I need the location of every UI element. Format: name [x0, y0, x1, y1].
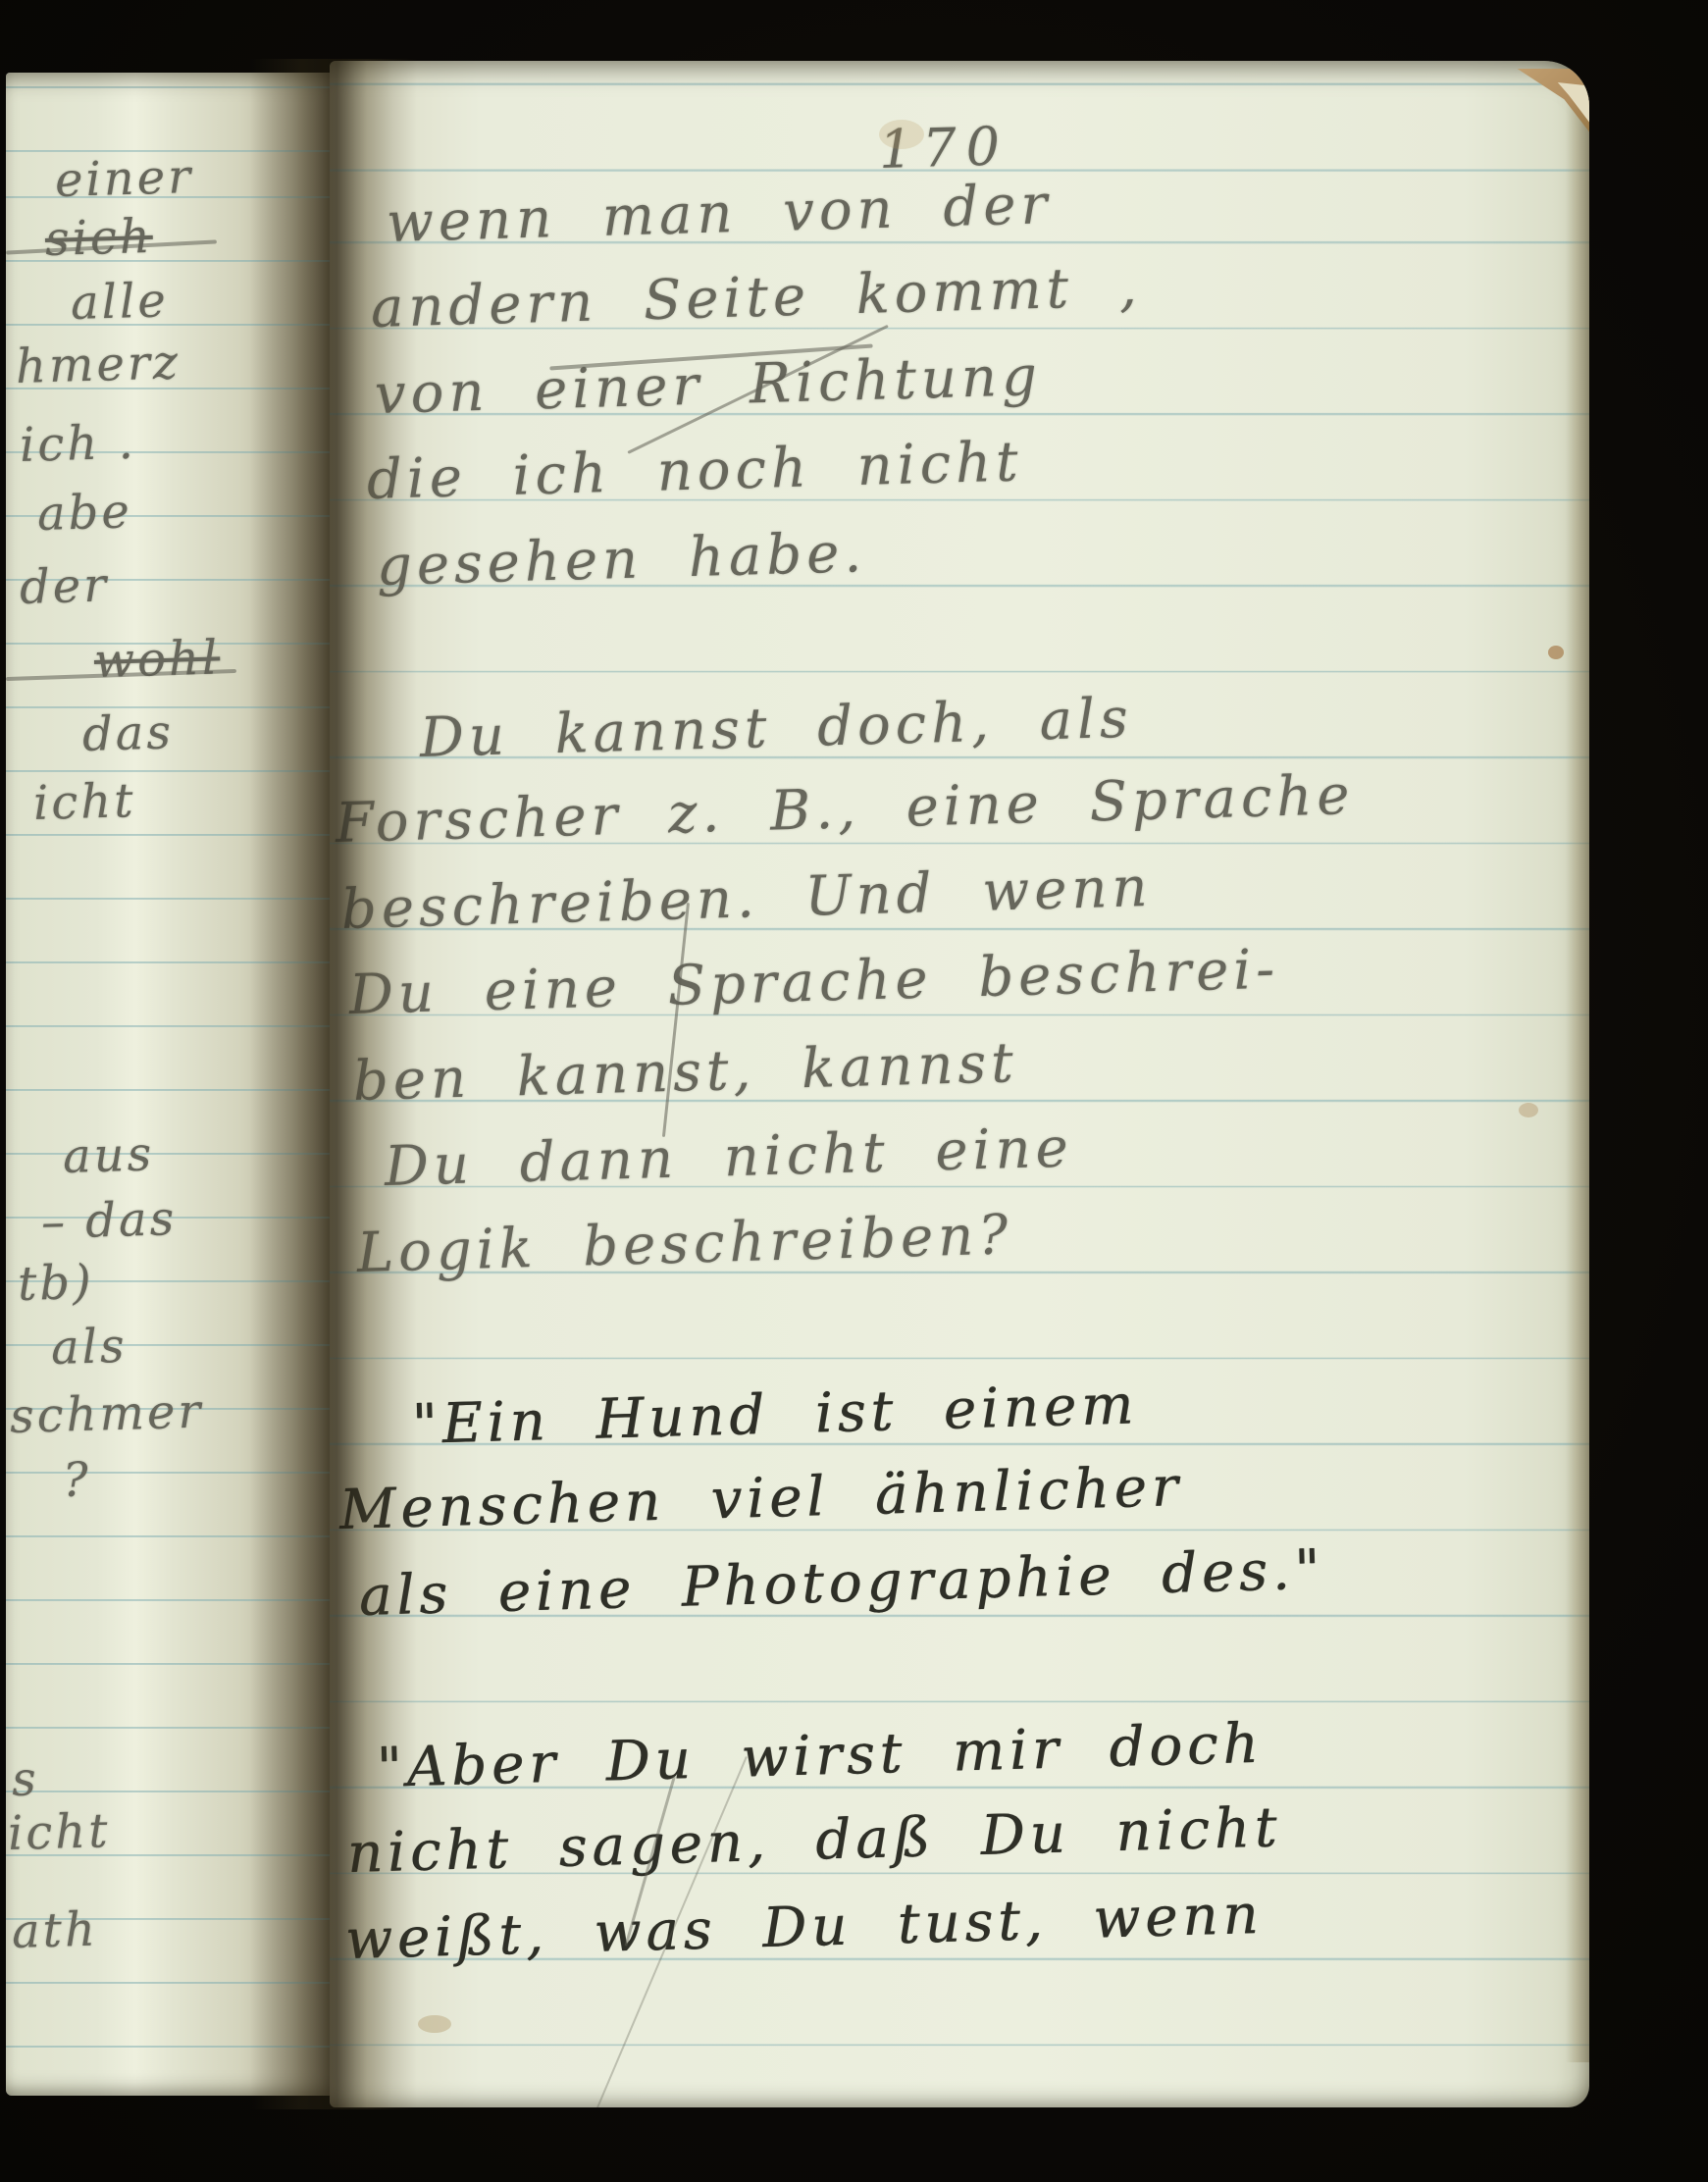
- left-page-fragment: das: [81, 708, 174, 758]
- handwriting-line: Logik beschreiben?: [356, 1208, 1013, 1281]
- left-page-fragment: – das: [40, 1195, 178, 1246]
- notebook-scan: einer sich alle hmerz ich . abe der wohl…: [0, 0, 1708, 2182]
- handwriting-line: "Ein Hund ist einem: [411, 1377, 1139, 1453]
- left-page-fragment: der: [19, 561, 109, 611]
- left-page-fragment: s: [11, 1755, 39, 1803]
- paper-stain: [1519, 1103, 1538, 1117]
- left-page: einer sich alle hmerz ich . abe der wohl…: [6, 73, 330, 2096]
- handwriting-line: Du kannst doch, als: [419, 692, 1133, 766]
- handwriting-line: beschreiben. Und wenn: [340, 860, 1153, 938]
- left-page-fragment: ?: [62, 1456, 91, 1504]
- handwriting-line: nicht sagen, daß Du nicht: [346, 1800, 1282, 1882]
- left-page-fragment: schmer: [9, 1388, 204, 1440]
- handwriting-line: weißt, was Du tust, wenn: [344, 1888, 1264, 1968]
- handwriting-line: "Aber Du wirst mir doch: [376, 1717, 1264, 1796]
- handwriting-line: Du eine Sprache beschrei-: [348, 943, 1280, 1023]
- handwriting-line: gesehen habe.: [376, 526, 867, 595]
- handwriting-line: Menschen viel ähnlicher: [338, 1460, 1183, 1538]
- left-page-fragment: tb): [17, 1259, 94, 1308]
- right-page: 170 wenn man von der andern Seite kommt …: [330, 61, 1589, 2107]
- left-page-fragment: icht: [7, 1807, 111, 1857]
- left-page-fragment: abe: [36, 488, 132, 538]
- handwriting-line: andern Seite kommt ,: [370, 260, 1142, 337]
- handwriting-line: Forscher z. B., eine Sprache: [335, 768, 1355, 852]
- left-page-fragment: hmerz: [15, 338, 181, 390]
- left-page-fragment: als: [50, 1323, 128, 1372]
- paper-stain: [418, 2015, 451, 2033]
- left-page-fragment: einer: [54, 153, 193, 204]
- left-page-fragment-struck: wohl: [93, 634, 221, 685]
- handwriting-line: ben kannst, kannst: [352, 1036, 1018, 1110]
- handwriting-line: Du dann nicht eine: [384, 1120, 1073, 1195]
- handwriting-line: als eine Photographie des.": [358, 1543, 1325, 1625]
- handwriting-line: die ich noch nicht: [366, 435, 1023, 508]
- left-page-fragment: icht: [32, 777, 136, 827]
- page-number: 170: [878, 120, 1010, 177]
- handwriting-line: wenn man von der: [386, 178, 1053, 251]
- left-page-fragment: ich .: [19, 419, 136, 469]
- left-page-fragment-struck: sich: [44, 213, 153, 263]
- left-page-fragment: ath: [11, 1906, 98, 1955]
- left-page-fragment: aus: [62, 1130, 154, 1180]
- handwriting-line: von einer Richtung: [374, 349, 1042, 423]
- underlying-page-edge: [1560, 100, 1589, 2062]
- left-page-fragment: alle: [70, 277, 169, 327]
